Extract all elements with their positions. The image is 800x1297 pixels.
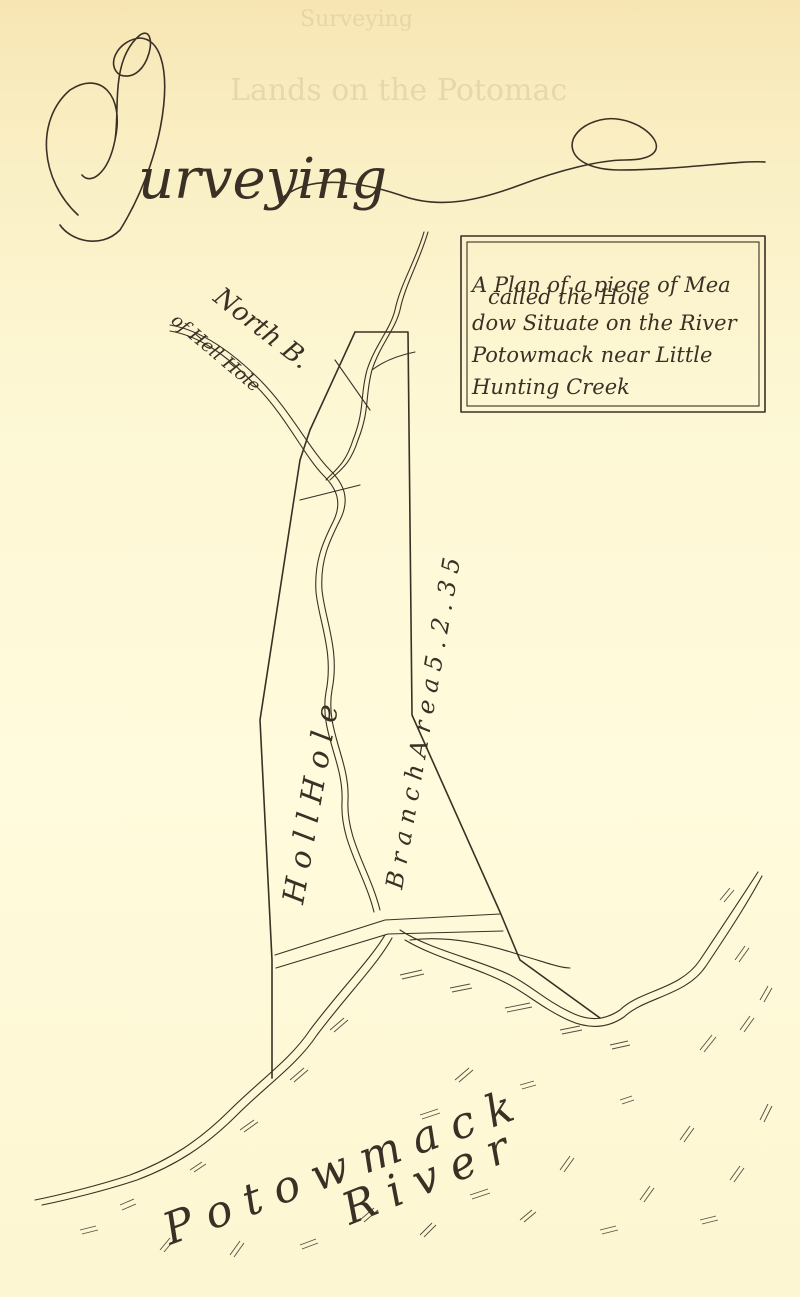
cartouche-interlinear-note: called the Hole: [488, 285, 649, 309]
map-page: Surveying Lands on the Potomac urveying …: [0, 0, 800, 1297]
cartouche-line-3: Potowmack near Little: [471, 343, 712, 367]
heading-ghost: Lands on the Potomac: [230, 73, 567, 108]
survey-map: Surveying Lands on the Potomac urveying …: [0, 0, 800, 1297]
cartouche-line-4: Hunting Creek: [471, 375, 630, 399]
cartouche: A Plan of a piece of Mea called the Hole…: [461, 236, 765, 412]
tract-boundary-north-diagonal: [260, 332, 355, 1078]
tract-divider-bar-2: [276, 931, 503, 968]
little-hunting-creek-inlet-bank: [405, 876, 762, 1026]
bleedthrough-text: Surveying Lands on the Potomac: [230, 7, 567, 108]
label-branch-area: B r a n c h A r e a 5 . 2 . 3 5: [380, 555, 466, 892]
title-surveying: urveying: [46, 33, 765, 241]
little-hunting-creek-inlet: [400, 872, 758, 1019]
waterways: [35, 232, 762, 1205]
title-text: urveying: [138, 147, 387, 212]
hell-hole-creek-bank: [170, 331, 374, 912]
cartouche-line-2: dow Situate on the River: [472, 311, 739, 335]
running-head-ghost: Surveying: [300, 7, 413, 32]
label-hell-hole: H o l l H o l e: [276, 702, 346, 908]
